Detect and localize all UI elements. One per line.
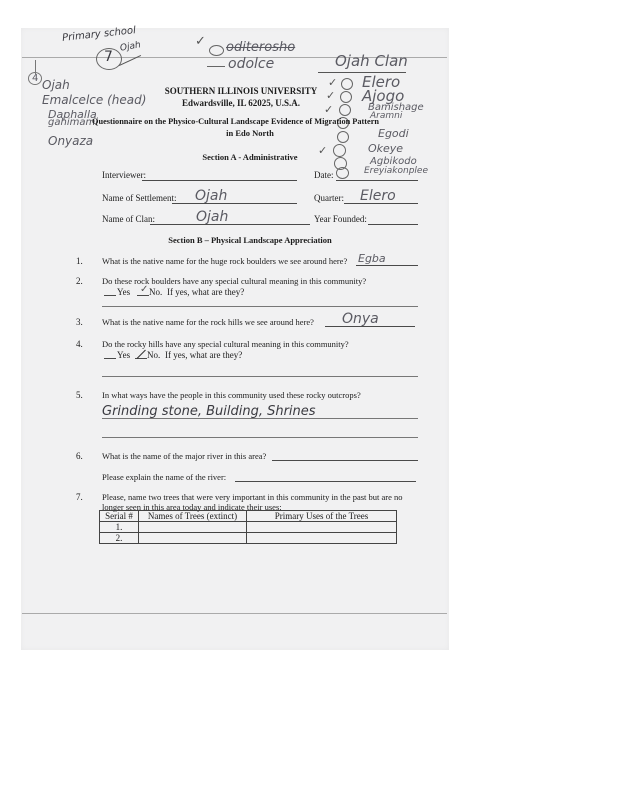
annotation-left-item: Onyaza: [48, 134, 93, 148]
circled-marker: [209, 45, 224, 56]
university-name: SOUTHERN ILLINOIS UNIVERSITY: [150, 86, 332, 96]
settlement-field[interactable]: [172, 203, 297, 204]
settlement-label: Name of Settlement:: [102, 193, 176, 203]
question-1-answer: Egba: [358, 252, 386, 265]
clan-quarter-item: Okeye: [368, 142, 403, 155]
question-number: 7.: [76, 492, 83, 502]
question-5-answer-field-2[interactable]: [102, 437, 418, 438]
annotation-left-item: gahimami: [48, 117, 98, 128]
question-5-answer-field[interactable]: [102, 418, 418, 419]
table-row: 1.: [100, 522, 397, 533]
tree-use-cell[interactable]: [247, 533, 397, 544]
date-label: Date:: [314, 170, 334, 180]
column-header: Names of Trees (extinct): [139, 511, 247, 522]
question-3-answer: Onya: [342, 311, 379, 327]
question-2-yes: Yes: [117, 287, 130, 297]
questionnaire-subtitle: in Edo North: [200, 128, 300, 138]
question-1-answer-field[interactable]: [356, 265, 418, 266]
date-field[interactable]: [336, 180, 418, 181]
question-number: 6.: [76, 451, 83, 461]
annotation-odolce: odolce: [228, 56, 274, 72]
quarter-value: Elero: [360, 188, 396, 204]
question-4-yes: Yes: [117, 350, 130, 360]
year-founded-field[interactable]: [368, 224, 418, 225]
clan-label: Name of Clan:: [102, 214, 155, 224]
list-marker-e: [337, 131, 349, 143]
clan-value: Ojah: [196, 209, 228, 225]
list-marker-h: [336, 167, 349, 179]
clan-quarter-item: Egodi: [378, 127, 409, 140]
list-marker-f: [333, 144, 346, 157]
serial-cell: 2.: [100, 533, 139, 544]
table-header-row: Serial # Names of Trees (extinct) Primar…: [100, 511, 397, 522]
settlement-value: Ojah: [195, 188, 227, 204]
serial-cell: 1.: [100, 522, 139, 533]
annotation-clan-header: Ojah Clan: [335, 52, 408, 70]
question-number: 3.: [76, 317, 83, 327]
question-2-yes-blank[interactable]: [104, 295, 116, 296]
section-a-title: Section A - Administrative: [180, 152, 320, 162]
question-2-no: No.: [149, 287, 162, 297]
question-2-followup: If yes, what are they?: [167, 287, 244, 297]
list-marker-c: [339, 104, 351, 116]
question-6-text: What is the name of the major river in t…: [102, 451, 266, 461]
trees-table: Serial # Names of Trees (extinct) Primar…: [99, 510, 397, 544]
question-number: 1.: [76, 256, 83, 266]
question-4-no: No.: [147, 350, 160, 360]
check-mark-icon: ✓: [195, 34, 206, 49]
clan-field[interactable]: [150, 224, 310, 225]
year-founded-label: Year Founded:: [314, 214, 367, 224]
dash-mark: [207, 66, 225, 67]
question-4-followup: If yes, what are they?: [165, 350, 242, 360]
list-marker-b: [340, 91, 352, 103]
fold-line-bottom: [22, 613, 447, 614]
table-row: 2.: [100, 533, 397, 544]
question-2-no-blank[interactable]: [137, 295, 149, 296]
question-4-answer-field[interactable]: [102, 376, 418, 377]
annotation-left-item: Ojah: [42, 78, 70, 92]
question-6-explain-field[interactable]: [235, 481, 416, 482]
section-b-title: Section B – Physical Landscape Appreciat…: [150, 235, 350, 245]
tree-use-cell[interactable]: [247, 522, 397, 533]
question-6-answer-field[interactable]: [272, 460, 418, 461]
interviewer-label: Interviewer:: [102, 170, 146, 180]
question-number: 4.: [76, 339, 83, 349]
question-number: 5.: [76, 390, 83, 400]
clan-quarter-item: Ereyiakonplee: [364, 166, 428, 176]
question-1-text: What is the native name for the huge roc…: [102, 256, 347, 266]
question-2-answer-field[interactable]: [102, 306, 418, 307]
tree-name-cell[interactable]: [139, 522, 247, 533]
question-4-yes-blank[interactable]: [104, 358, 116, 359]
question-6-subtext: Please explain the name of the river:: [102, 472, 226, 482]
circled-number-text: 7: [104, 49, 113, 65]
question-5-answer: Grinding stone, Building, Shrines: [102, 404, 316, 419]
question-4-text: Do the rocky hills have any special cult…: [102, 339, 349, 349]
questionnaire-title: Questionnaire on the Physico-Cultural La…: [92, 117, 379, 126]
check-mark-icon: ✓: [140, 284, 148, 295]
column-header: Serial #: [100, 511, 139, 522]
question-3-text: What is the native name for the rock hil…: [102, 317, 314, 327]
interviewer-field[interactable]: [142, 180, 297, 181]
question-7-text: Please, name two trees that were very im…: [102, 492, 403, 502]
tree-name-cell[interactable]: [139, 533, 247, 544]
list-marker-a: [341, 78, 353, 90]
annotation-oditerosho: oditerosho: [226, 40, 295, 55]
column-header: Primary Uses of the Trees: [247, 511, 397, 522]
question-number: 2.: [76, 276, 83, 286]
quarter-label: Quarter:: [314, 193, 344, 203]
university-address: Edwardsville, IL 62025, U.S.A.: [150, 98, 332, 108]
annotation-left-item: Emalcelce (head): [42, 93, 146, 107]
question-5-text: In what ways have the people in this com…: [102, 390, 361, 400]
